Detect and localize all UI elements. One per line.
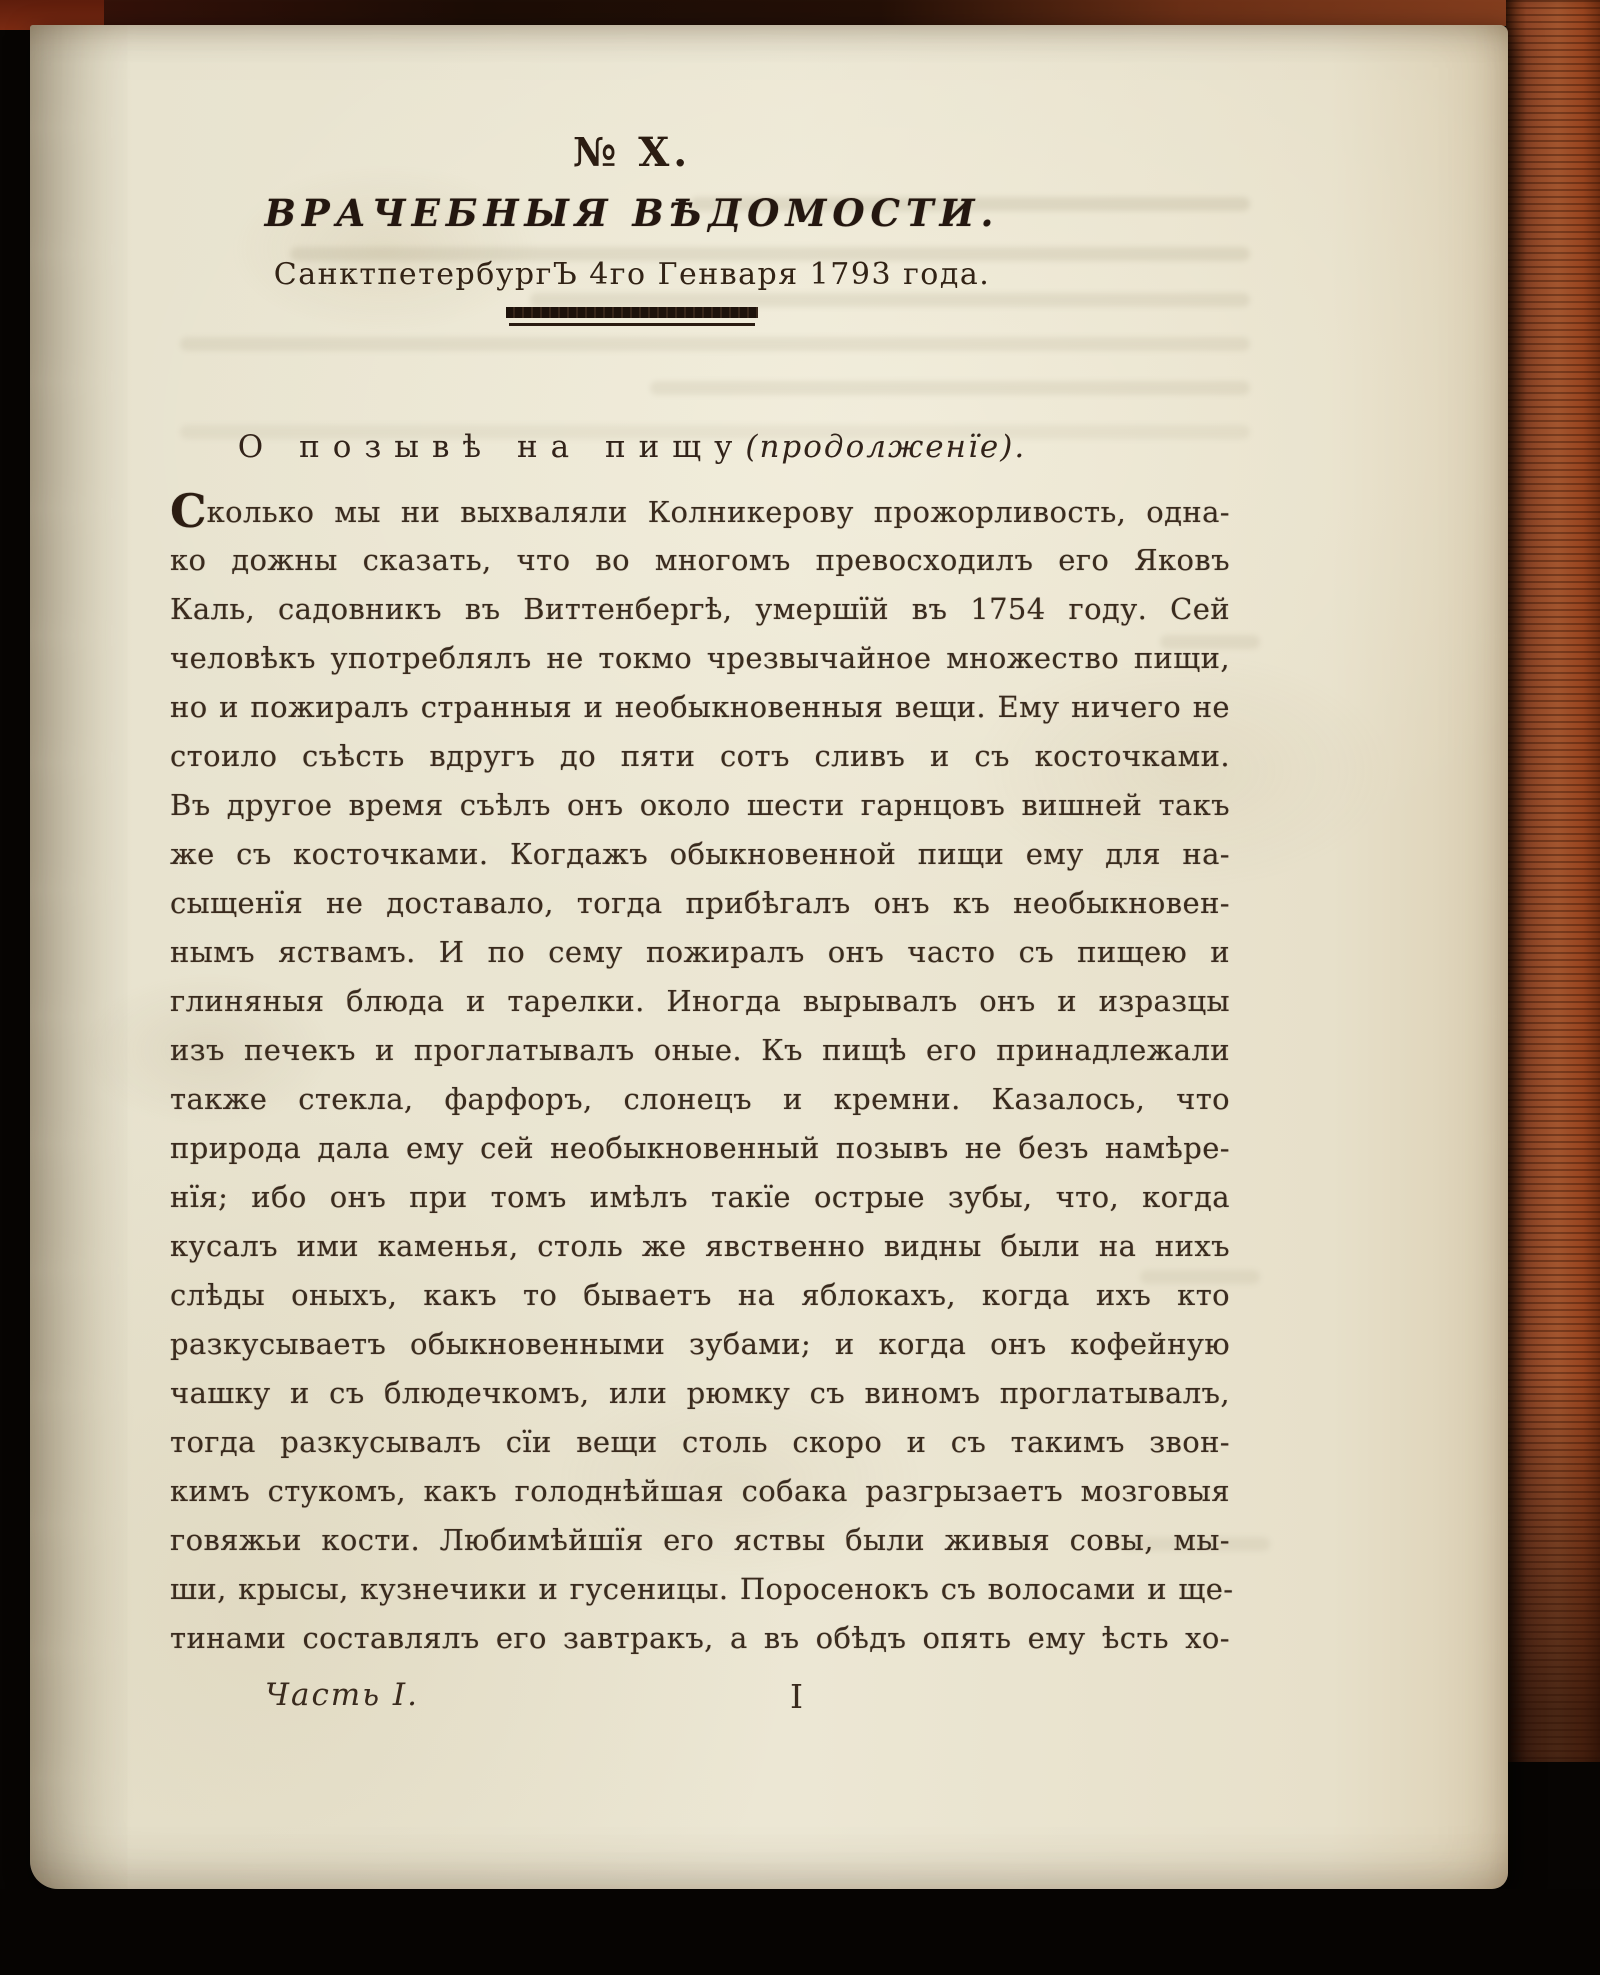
body-line: разкусываетъ обыкновенными зубами; и ког… <box>170 1320 1230 1369</box>
body-line: глиняныя блюда и тарелки. Иногда вырывал… <box>170 977 1230 1026</box>
body-line: нїя; ибо онъ при томъ имѣлъ такїе острые… <box>170 1173 1230 1222</box>
book-top-edge <box>0 0 1600 26</box>
article-heading-parenthetical: (продолженїе). <box>745 429 1026 465</box>
issue-number: № X. <box>102 129 1162 176</box>
body-line: но и пожиралъ странныя и необыкновенныя … <box>170 683 1230 732</box>
article-heading: О позывѣ на пищу(продолженїе). <box>102 429 1162 465</box>
body-line: нымъ яствамъ. И по сему пожиралъ онъ час… <box>170 928 1230 977</box>
body-line: тогда разкусывалъ сїи вещи столь скоро и… <box>170 1418 1230 1467</box>
body-line: сыщенїя не доставало, тогда прибѣгалъ он… <box>170 879 1230 928</box>
scanned-page: № X. ВРАЧЕБНЫЯ ВѢДОМОСТИ. Санктпетербург… <box>30 25 1508 1889</box>
body-line: ши, крысы, кузнечики и гусеницы. Поросен… <box>170 1565 1230 1614</box>
body-line: чашку и съ блюдечкомъ, или рюмку съ вино… <box>170 1369 1230 1418</box>
body-line: Каль, садовникъ въ Виттенбергѣ, умершїй … <box>170 585 1230 634</box>
photo-bottom-border <box>0 1889 1600 1975</box>
body-line: слѣды оныхъ, какъ то бываетъ на яблокахъ… <box>170 1271 1230 1320</box>
body-line: изъ печекъ и проглатывалъ оные. Къ пищѣ … <box>170 1026 1230 1075</box>
volume-label: Часть I. <box>265 1677 419 1713</box>
rule-thin-bar <box>509 323 755 326</box>
body-line: говяжьи кости. Любимѣйшїя его яствы были… <box>170 1516 1230 1565</box>
body-line: стоило съѣсть вдругъ до пяти сотъ сливъ … <box>170 732 1230 781</box>
book-photo: № X. ВРАЧЕБНЫЯ ВѢДОМОСТИ. Санктпетербург… <box>0 0 1600 1975</box>
dateline: СанктпетербургЪ 4го Генваря 1793 года. <box>102 257 1162 292</box>
body-line-text: колько мы ни выхваляли Колникерову прожо… <box>207 495 1230 529</box>
body-line: тинами составлялъ его завтракъ, а въ обѣ… <box>170 1614 1230 1663</box>
signature-mark: I <box>790 1677 803 1716</box>
body-line: кимъ стукомъ, какъ голоднѣйшая собака ра… <box>170 1467 1230 1516</box>
rule-thick-bar <box>506 307 758 318</box>
article-body: Сколько мы ни выхваляли Колникерову прож… <box>170 487 1230 1663</box>
page-footer: Часть I. I <box>170 1677 1230 1727</box>
book-fore-edge-pages <box>1506 0 1600 1762</box>
body-line: же съ косточками. Когдажъ обыкновенной п… <box>170 830 1230 879</box>
body-line: Сколько мы ни выхваляли Колникерову прож… <box>170 487 1230 536</box>
body-line: ко дожны сказать, что во многомъ превосх… <box>170 536 1230 585</box>
body-line: природа дала ему сей необыкновенный позы… <box>170 1124 1230 1173</box>
article-heading-main: О позывѣ на пищу <box>238 429 746 465</box>
page-content: № X. ВРАЧЕБНЫЯ ВѢДОМОСТИ. Санктпетербург… <box>170 25 1230 1889</box>
publication-title: ВРАЧЕБНЫЯ ВѢДОМОСТИ. <box>102 191 1162 235</box>
initial-letter: С <box>170 484 207 538</box>
body-line: также стекла, фарфоръ, слонецъ и кремни.… <box>170 1075 1230 1124</box>
ornamental-rule <box>102 307 1162 326</box>
body-line: человѣкъ употреблялъ не токмо чрезвычайн… <box>170 634 1230 683</box>
body-line: кусалъ ими каменья, столь же явственно в… <box>170 1222 1230 1271</box>
body-line: Въ другое время съѣлъ онъ около шести га… <box>170 781 1230 830</box>
